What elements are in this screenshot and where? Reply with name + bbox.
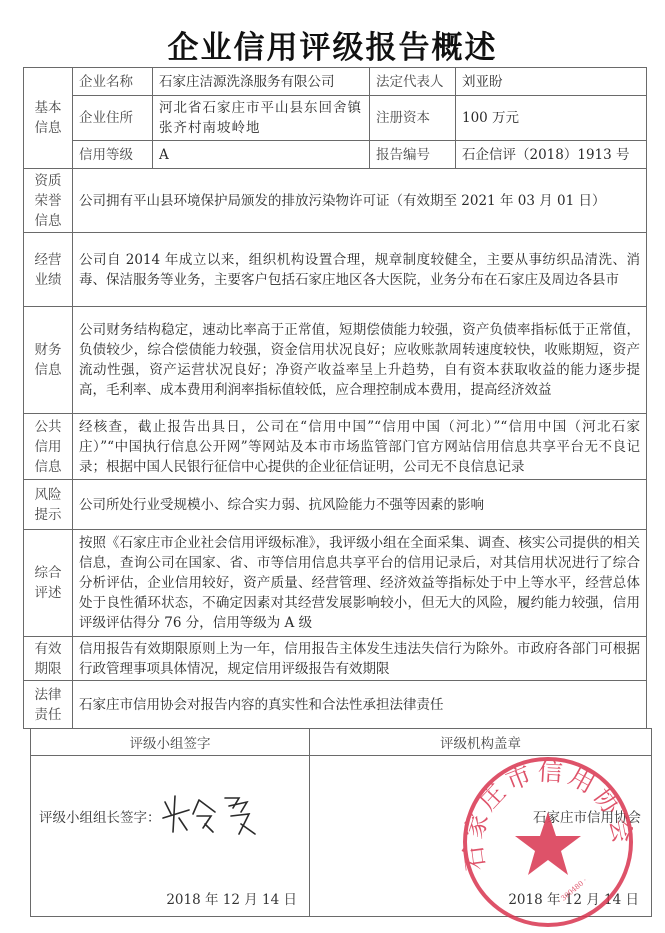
- section-row-public-credit: 公共信用信息 经核查，截止报告出具日，公司在“信用中国”“信用中国（河北）”“信…: [24, 414, 647, 480]
- official-seal-stamp-icon: 石家庄市信用协会 · 300480 ·: [460, 754, 636, 930]
- section-label-summary: 综合评述: [24, 530, 73, 637]
- basic-info-row-rating: 信用等级 A 报告编号 石企信评（2018）1913 号: [24, 141, 647, 169]
- handwritten-signature-icon: [159, 788, 269, 838]
- section-label-performance: 经营业绩: [24, 233, 73, 307]
- section-label-legal: 法律责任: [24, 681, 73, 729]
- credit-rating-label: 信用等级: [73, 141, 153, 169]
- section-row-validity: 有效期限 信用报告有效期限原则上为一年，信用报告主体发生违法失信行为除外。市政府…: [24, 637, 647, 681]
- section-row-legal: 法律责任 石家庄市信用协会对报告内容的真实性和合法性承担法律责任: [24, 681, 647, 729]
- section-text-summary: 按照《石家庄市企业社会信用评级标准》，我评级小组在全面采集、调查、核实公司提供的…: [73, 530, 647, 637]
- company-name-value: 石家庄洁源洗涤服务有限公司: [153, 68, 370, 96]
- company-address-label: 企业住所: [73, 96, 153, 141]
- company-name-label: 企业名称: [73, 68, 153, 96]
- section-row-financial: 财务信息 公司财务结构稳定，速动比率高于正常值，短期偿债能力较强，资产负债率指标…: [24, 307, 647, 414]
- basic-info-row-address: 企业住所 河北省石家庄市平山县东回舍镇张齐村南坡岭地 注册资本 100 万元: [24, 96, 647, 141]
- legal-rep-label: 法定代表人: [370, 68, 456, 96]
- team-signature-cell: 评级小组组长签字： 2018 年 12 月 14 日: [31, 756, 310, 917]
- team-signature-header: 评级小组签字: [31, 729, 310, 756]
- team-signature-date: 2018 年 12 月 14 日: [166, 888, 297, 908]
- report-number-label: 报告编号: [370, 141, 456, 169]
- agency-seal-cell: 石家庄市信用协会 石家庄市信用协会 · 300480 · 2018 年 12 月…: [310, 756, 652, 917]
- report-number-value: 石企信评（2018）1913 号: [456, 141, 647, 169]
- section-text-financial: 公司财务结构稳定，速动比率高于正常值，短期偿债能力较强，资产负债率指标低于正常值…: [73, 307, 647, 414]
- agency-seal-header: 评级机构盖章: [310, 729, 652, 756]
- svg-text:· 300480 ·: · 300480 ·: [556, 877, 588, 906]
- section-label-qualifications: 资质荣誉信息: [24, 169, 73, 233]
- section-label-financial: 财务信息: [24, 307, 73, 414]
- report-summary-table: 基本信息 企业名称 石家庄洁源洗涤服务有限公司 法定代表人 刘亚盼 企业住所 河…: [23, 67, 647, 729]
- registered-capital-value: 100 万元: [456, 96, 647, 141]
- section-text-validity: 信用报告有效期限原则上为一年，信用报告主体发生违法失信行为除外。市政府各部门可根…: [73, 637, 647, 681]
- section-row-performance: 经营业绩 公司自 2014 年成立以来，组织机构设置合理，规章制度较健全，主要从…: [24, 233, 647, 307]
- section-row-summary: 综合评述 按照《石家庄市企业社会信用评级标准》，我评级小组在全面采集、调查、核实…: [24, 530, 647, 637]
- registered-capital-label: 注册资本: [370, 96, 456, 141]
- section-label-public-credit: 公共信用信息: [24, 414, 73, 480]
- section-text-legal: 石家庄市信用协会对报告内容的真实性和合法性承担法律责任: [73, 681, 647, 729]
- page-title: 企业信用评级报告概述: [0, 22, 665, 67]
- signature-table: 评级小组签字 评级机构盖章 评级小组组长签字： 2018 年 12 月 14 日…: [30, 728, 652, 917]
- section-text-risk: 公司所处行业受规模小、综合实力弱、抗风险能力不强等因素的影响: [73, 480, 647, 530]
- section-label-validity: 有效期限: [24, 637, 73, 681]
- section-row-qualifications: 资质荣誉信息 公司拥有平山县环境保护局颁发的排放污染物许可证（有效期至 2021…: [24, 169, 647, 233]
- credit-rating-value: A: [153, 141, 370, 169]
- legal-rep-value: 刘亚盼: [456, 68, 647, 96]
- section-row-risk: 风险提示 公司所处行业受规模小、综合实力弱、抗风险能力不强等因素的影响: [24, 480, 647, 530]
- leader-signature-label: 评级小组组长签字：: [39, 806, 161, 826]
- section-text-qualifications: 公司拥有平山县环境保护局颁发的排放污染物许可证（有效期至 2021 年 03 月…: [73, 169, 647, 233]
- section-label-risk: 风险提示: [24, 480, 73, 530]
- basic-info-row-name: 基本信息 企业名称 石家庄洁源洗涤服务有限公司 法定代表人 刘亚盼: [24, 68, 647, 96]
- section-label-basic-info: 基本信息: [24, 68, 73, 169]
- section-text-performance: 公司自 2014 年成立以来，组织机构设置合理，规章制度较健全，主要从事纺织品清…: [73, 233, 647, 307]
- section-text-public-credit: 经核查，截止报告出具日，公司在“信用中国”“信用中国（河北）”“信用中国（河北石…: [73, 414, 647, 480]
- company-address-value: 河北省石家庄市平山县东回舍镇张齐村南坡岭地: [153, 96, 370, 141]
